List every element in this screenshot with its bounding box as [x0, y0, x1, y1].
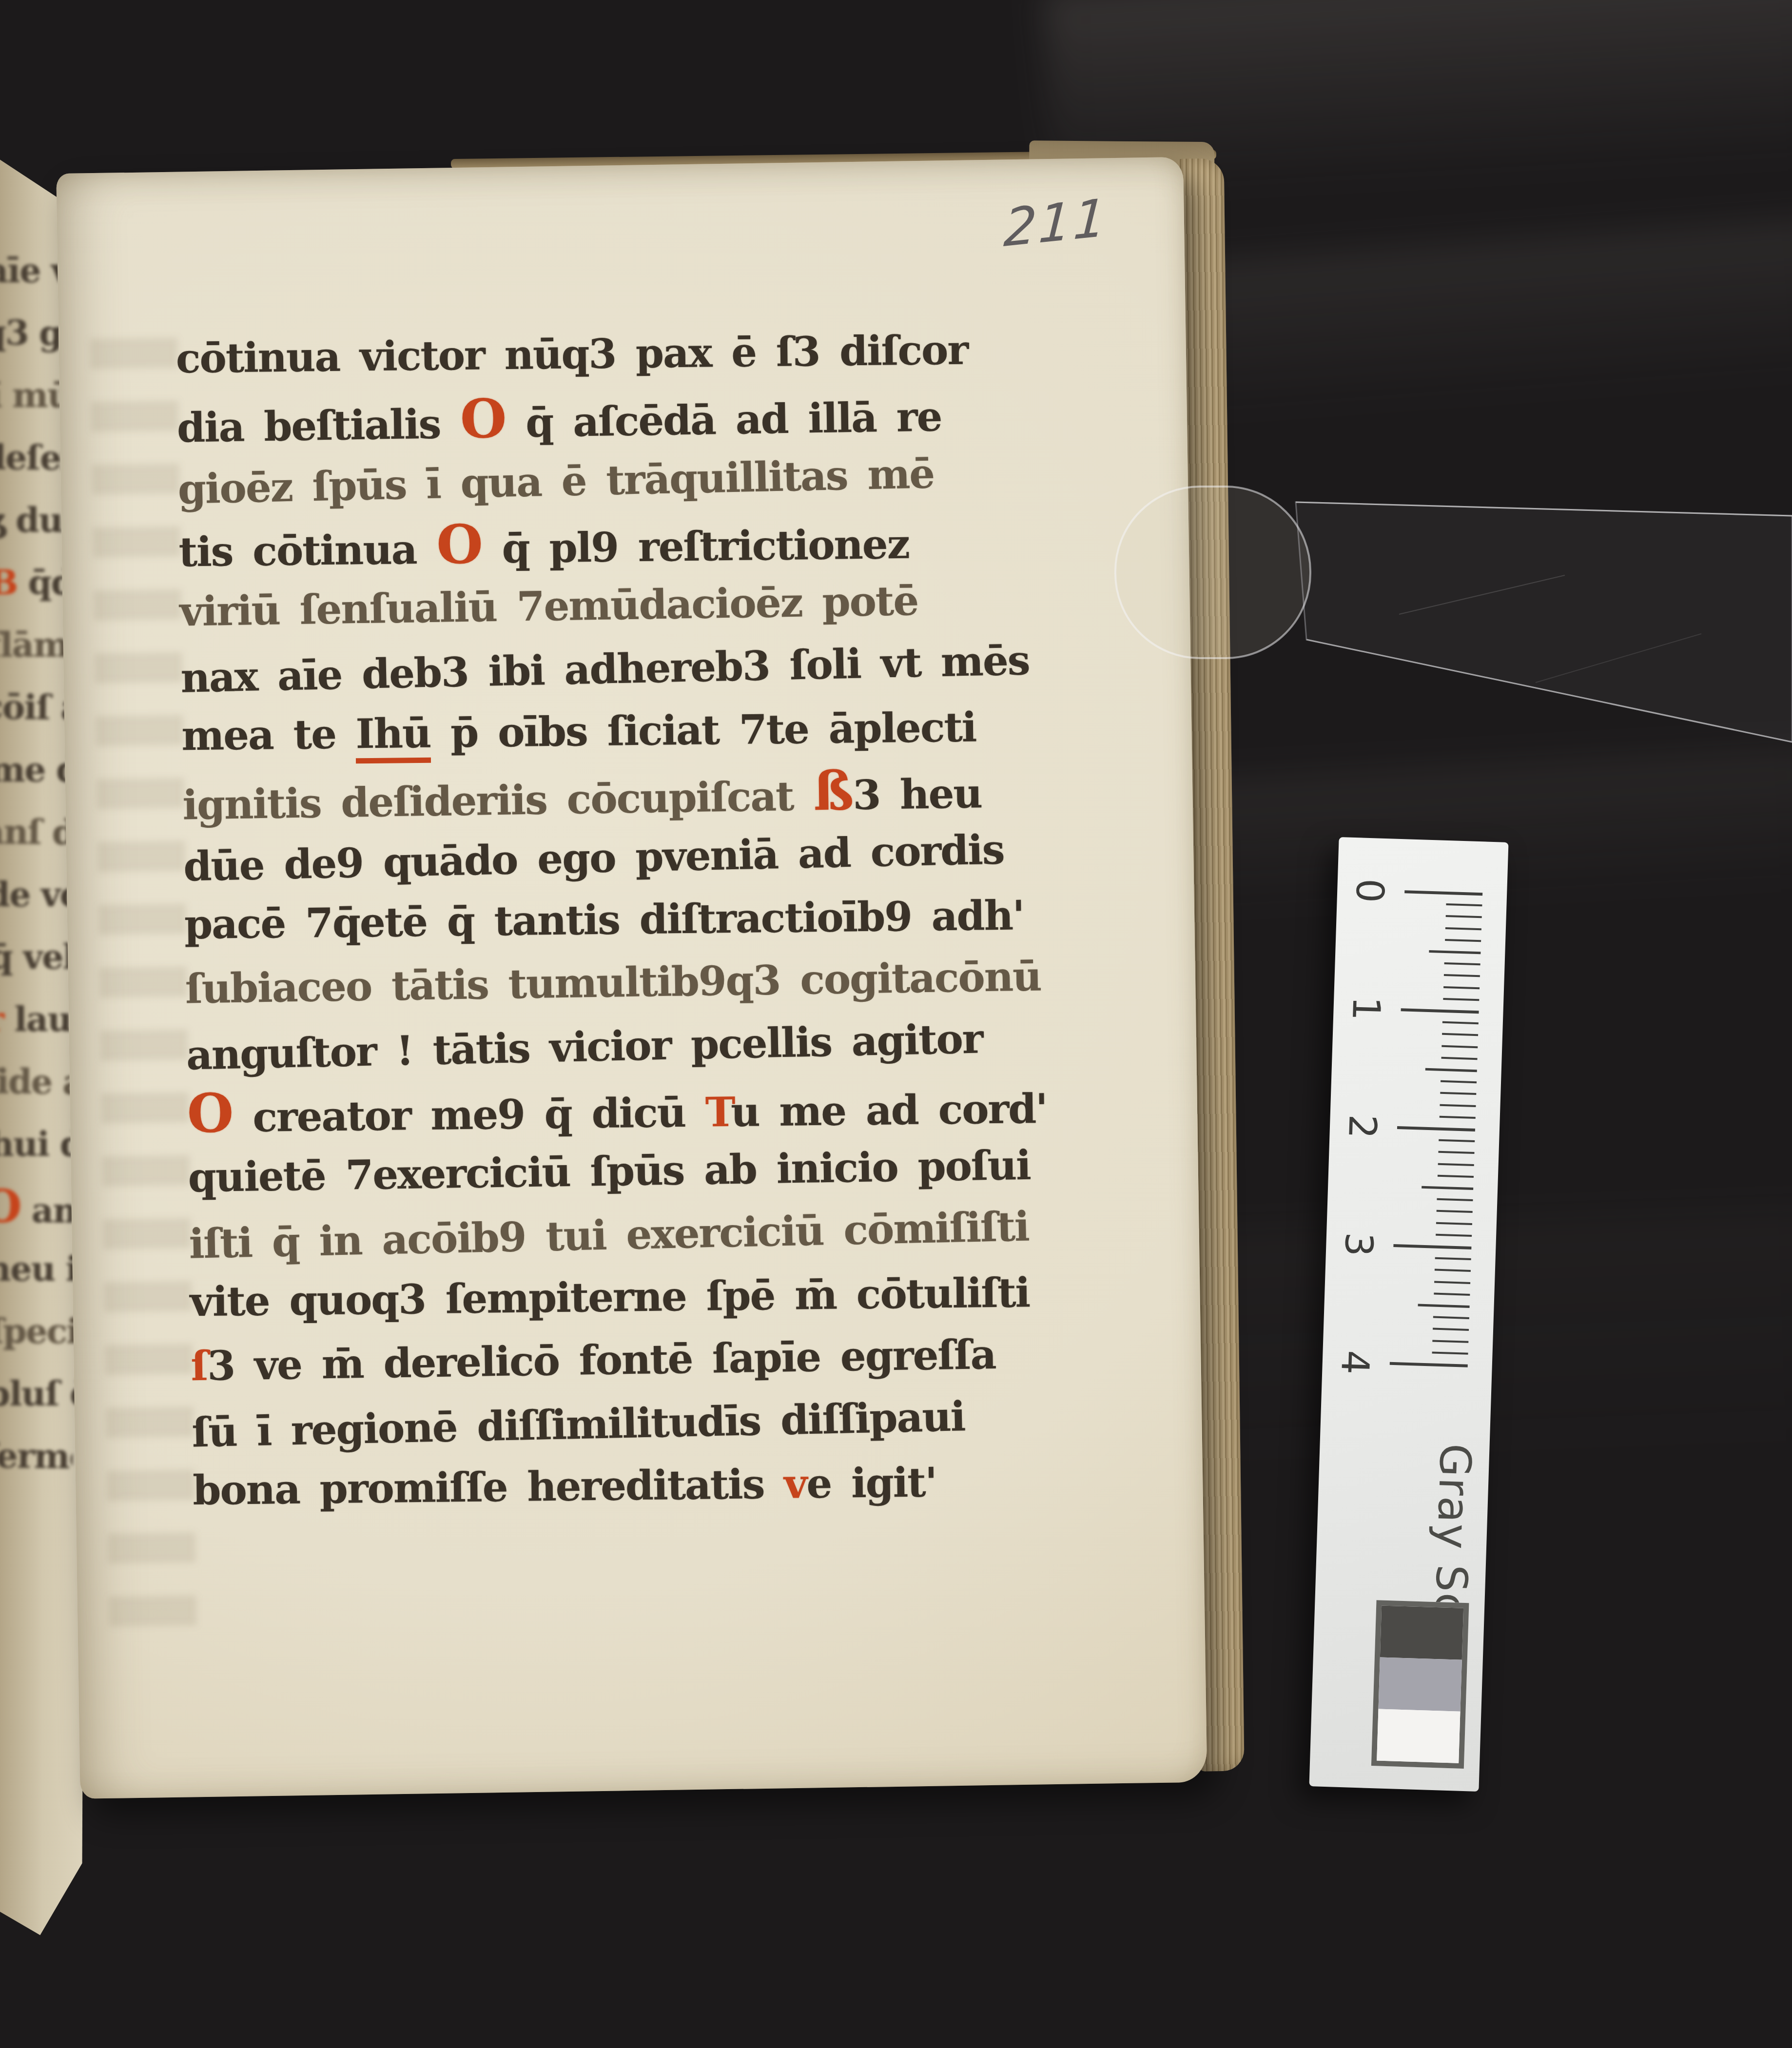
text-segment: fide amōe — [0, 1061, 73, 1103]
text-segment: u me ad cord' — [731, 1085, 1048, 1136]
ruler-tick-mm — [1441, 1057, 1478, 1060]
text-segment: v — [784, 1460, 807, 1508]
text-segment: ſū ī regionē diſſimilitudīs diſſipaui — [192, 1392, 966, 1456]
ruler-tick-mm — [1442, 1021, 1479, 1024]
ruler-tick-mm — [1440, 1092, 1476, 1095]
ruler-tick-mm — [1438, 1175, 1474, 1178]
left-page-line-10: anſ debʒ de — [0, 803, 73, 866]
ruler-tick-mm — [1432, 1340, 1468, 1343]
ruler-tick-mm — [1433, 1328, 1469, 1331]
ruler-tick-mm — [1443, 986, 1480, 989]
ruler-tick-mm — [1445, 939, 1481, 942]
text-segment: dia beſtialis — [176, 400, 461, 452]
ruler-tick-mm — [1433, 1316, 1469, 1319]
ruler-tick-cm-4 — [1390, 1362, 1468, 1367]
manuscript-line-13: O creator me9 q̄ dicū Tu me ad cord' — [187, 1075, 1006, 1147]
ruler-tick-mm — [1436, 1222, 1472, 1225]
manuscript-line-1: cōtinua victor nūq3 pax ē ſ3 diſcor — [175, 320, 995, 392]
ruler-tick-mm — [1441, 1080, 1477, 1083]
gray-scale-card: 01234 Gray Scale — [1309, 837, 1508, 1792]
ruler-tick-mm — [1444, 962, 1480, 965]
left-page-line-8: cōiſ a ſpe — [0, 678, 73, 741]
gray-patch-3 — [1377, 1709, 1460, 1763]
text-segment: nax aīe deb3 ibi adhereb3 ſoli vt mēs — [180, 636, 1030, 702]
text-segment: 3 ve m̄ derelicō fontē ſapīe egreſſa — [207, 1330, 996, 1390]
ruler-tick-half-cm — [1418, 1304, 1470, 1308]
ruler-tick-mm — [1435, 1269, 1471, 1272]
text-segment: ſermonē ag — [0, 1435, 73, 1478]
ruler-tick-mm — [1443, 998, 1479, 1001]
ruler-number-3: 3 — [1336, 1224, 1381, 1265]
ruler-tick-cm-2 — [1397, 1126, 1475, 1131]
text-segment: 3 heu — [853, 769, 982, 819]
ruler-tick-half-cm — [1422, 1186, 1473, 1190]
gray-patch-box — [1371, 1600, 1469, 1769]
ruler-tick-mm — [1440, 1116, 1476, 1119]
ruler-number-0: 0 — [1347, 871, 1392, 911]
text-segment: O — [460, 387, 506, 450]
strap-clip-end — [1115, 487, 1310, 658]
ruler-tick-mm — [1434, 1281, 1470, 1284]
ruler-tick-half-cm — [1429, 950, 1480, 954]
manuscript-page: 211 cōtinua victor nūq3 pax ē ſ3 diſcord… — [56, 157, 1207, 1799]
ruler-tick-mm — [1435, 1257, 1471, 1260]
left-page-line-11: de vobiſ q̄ — [0, 866, 77, 928]
ruler-number-1: 1 — [1343, 989, 1388, 1029]
text-segment: anſ debʒ de — [0, 811, 73, 854]
manuscript-text-block: cōtinua victor nūq3 pax ē ſ3 diſcordia b… — [175, 319, 1012, 1526]
ruler-tick-cm-0 — [1404, 890, 1482, 896]
text-segment: amoriſ — [20, 1190, 73, 1232]
text-segment: cōiſ a ſpe — [0, 686, 73, 729]
text-segment: pacē 7q̄etē q̄ tantis diſtractioīb9 adh' — [184, 891, 1024, 948]
text-segment: Ihū — [355, 709, 431, 764]
manuscript-line-16: vite quoq3 ſempiterne ſpē m̄ cōtuliſti — [190, 1264, 1009, 1335]
text-segment: vite quoq3 ſempiterne ſpē m̄ cōtuliſti — [190, 1268, 1030, 1326]
text-segment: r — [0, 999, 3, 1039]
text-segment: heu ieiunā — [0, 1248, 77, 1289]
text-segment: ſ — [191, 1342, 208, 1390]
text-segment: O — [187, 1081, 233, 1145]
text-segment: bona promiſſe hereditatis — [193, 1460, 784, 1514]
ruler-tick-mm — [1445, 927, 1481, 930]
text-segment: laudibʒ — [3, 999, 77, 1039]
text-segment: anguſtor ! tātis vicior pcellis agitor — [186, 1014, 983, 1079]
strap-body — [1296, 502, 1792, 742]
ruler-tick-mm — [1437, 1198, 1473, 1201]
ruler-tick-mm — [1438, 1151, 1474, 1154]
ruler-tick-mm — [1437, 1210, 1473, 1213]
text-segment: viriū ſenſualiū 7emūdacioēz potē — [179, 577, 918, 635]
text-segment: q̄ aſcēdā ad illā re — [506, 392, 942, 447]
gray-patch-1 — [1380, 1606, 1463, 1660]
gray-patch-2 — [1379, 1658, 1462, 1712]
ruler-tick-mm — [1441, 1045, 1478, 1048]
ruler-tick-mm — [1446, 915, 1482, 918]
ruler: 01234 — [1339, 837, 1509, 842]
manuscript-line-7: mea te Ihū p̄ oībs ſiciat 7te āplecti — [181, 698, 1001, 769]
text-segment: mea te — [181, 710, 356, 760]
manuscript-photo: aīe veſpʒq3 gloriaī mūdo ſicʒdeſerēt ver… — [0, 0, 1792, 2048]
ruler-tick-mm — [1434, 1292, 1470, 1295]
left-page-line-19: bluſ q̄dā īc — [0, 1365, 77, 1427]
text-segment: T — [705, 1088, 731, 1136]
text-segment: ignitis deſideriis cōcupiſcat — [182, 772, 814, 829]
left-page-line-13: r laudibʒ — [0, 991, 77, 1053]
ruler-tick-mm — [1440, 1104, 1476, 1107]
left-page-line-15: hui decorē — [0, 1115, 79, 1178]
left-page-line-20: ſermonē ag — [0, 1427, 73, 1490]
book-page-block: 211 cōtinua victor nūq3 pax ē ſ3 diſcord… — [56, 157, 1207, 1799]
ruler-tick-cm-3 — [1393, 1244, 1471, 1249]
left-page-line-18: ſpeciali ge — [0, 1303, 79, 1365]
ruler-tick-mm — [1438, 1163, 1474, 1166]
page-holder-strap — [1097, 429, 1792, 809]
text-segment: dūe de9 quādo ego pveniā ad cordis — [183, 825, 1004, 890]
text-segment: q̄ pl9 reſtrictionez — [482, 520, 909, 573]
folio-number: 211 — [1002, 187, 1110, 258]
ruler-tick-mm — [1439, 1139, 1475, 1142]
text-segment: ſubiaceo tātis tumultib9q3 cogitacōnū — [185, 952, 1041, 1013]
ruler-tick-mm — [1446, 903, 1482, 906]
ruler-tick-mm — [1432, 1351, 1468, 1354]
text-segment: bluſ q̄dā īc — [0, 1373, 77, 1414]
text-segment: e igit' — [806, 1458, 937, 1507]
text-segment: O — [436, 512, 483, 576]
text-segment: tis cōtinua — [178, 526, 437, 576]
ruler-tick-cm-1 — [1401, 1008, 1479, 1014]
ruler-tick-mm — [1436, 1233, 1472, 1236]
manuscript-line-19: bona promiſſe hereditatis ve igit' — [193, 1452, 1012, 1524]
ruler-tick-mm — [1444, 974, 1480, 977]
text-segment: hui decorē — [0, 1124, 79, 1164]
left-page-line-17: heu ieiunā — [0, 1240, 77, 1303]
text-segment: iſti q̄ in acōib9 tui exerciciū cōmiſiſt… — [189, 1202, 1030, 1268]
left-page-line-16: O amoriſ — [0, 1177, 73, 1241]
text-segment: B — [0, 562, 17, 603]
text-segment: ſpeciali ge — [0, 1311, 79, 1351]
text-segment: cōtinua victor nūq3 pax ē ſ3 diſcor — [175, 326, 968, 382]
manuscript-line-4: tis cōtinua O q̄ pl9 reſtrictionez — [178, 509, 998, 581]
text-segment: ß — [813, 759, 853, 822]
text-segment: p̄ oībs ſiciat 7te āplecti — [430, 703, 976, 757]
ruler-tick-mm — [1442, 1033, 1478, 1036]
ruler-number-2: 2 — [1340, 1106, 1384, 1147]
ruler-tick-half-cm — [1425, 1068, 1477, 1072]
left-page-line-14: fide amōe — [0, 1053, 73, 1116]
manuscript-line-10: pacē 7q̄etē q̄ tantis diſtractioīb9 adh' — [184, 886, 1004, 958]
text-segment: O — [0, 1179, 21, 1233]
text-segment: gioēz ſpūs ī qua ē trāquillitas mē — [177, 449, 935, 513]
text-segment: de vobiſ q̄ — [0, 874, 77, 915]
text-segment: quietē 7exerciciū ſpūs ab inicio poſui — [188, 1141, 1031, 1202]
text-segment: creator me9 q̄ dicū — [233, 1088, 706, 1141]
ruler-number-4: 4 — [1332, 1342, 1377, 1383]
